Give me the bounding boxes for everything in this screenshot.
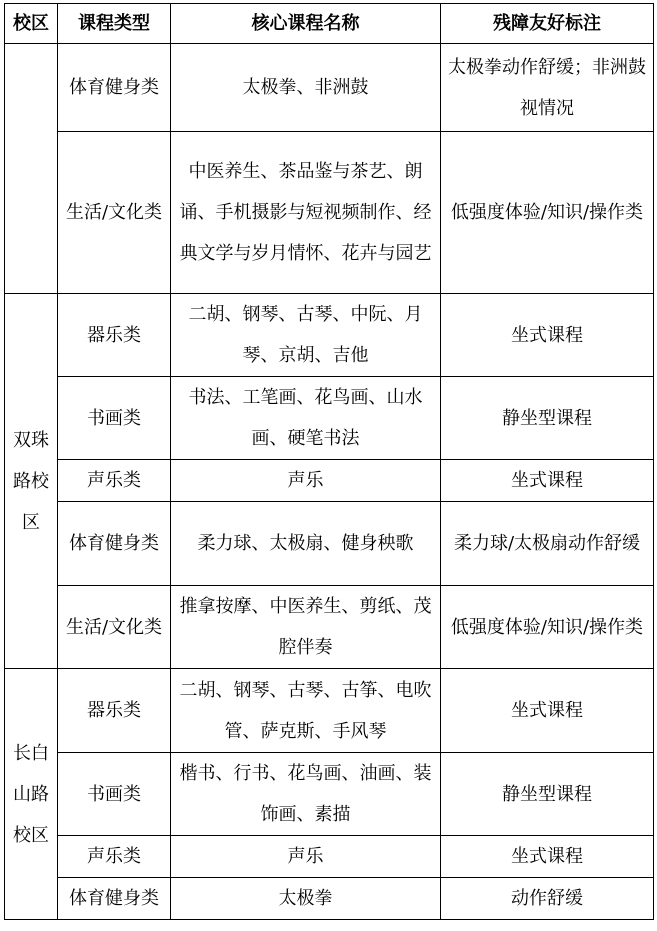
course-names-cell: 柔力球、太极扇、健身秧歌	[171, 502, 441, 586]
accessibility-note-cell: 坐式课程	[441, 836, 654, 878]
course-type-cell: 生活/文化类	[58, 132, 171, 294]
campus-cell	[5, 44, 58, 294]
accessibility-note-cell: 太极拳动作舒缓；非洲鼓视情况	[441, 44, 654, 132]
accessibility-note-cell: 柔力球/太极扇动作舒缓	[441, 502, 654, 586]
course-table: 校区 课程类型 核心课程名称 残障友好标注 体育健身类 太极拳、非洲鼓 太极拳动…	[4, 3, 654, 920]
table-row: 声乐类 声乐 坐式课程	[5, 836, 654, 878]
campus-cell: 双珠路校区	[5, 294, 58, 669]
course-names-cell: 推拿按摩、中医养生、剪纸、茂腔伴奏	[171, 586, 441, 669]
course-names-cell: 书法、工笔画、花鸟画、山水画、硬笔书法	[171, 377, 441, 460]
course-names-cell: 太极拳、非洲鼓	[171, 44, 441, 132]
course-type-cell: 书画类	[58, 753, 171, 836]
header-row: 校区 课程类型 核心课程名称 残障友好标注	[5, 4, 654, 44]
course-names-cell: 中医养生、茶品鉴与茶艺、朗诵、手机摄影与短视频制作、经典文学与岁月情怀、花卉与园…	[171, 132, 441, 294]
document-page: 校区 课程类型 核心课程名称 残障友好标注 体育健身类 太极拳、非洲鼓 太极拳动…	[0, 0, 657, 931]
table-row: 书画类 楷书、行书、花鸟画、油画、装饰画、素描 静坐型课程	[5, 753, 654, 836]
accessibility-note-cell: 坐式课程	[441, 669, 654, 753]
table-row: 书画类 书法、工笔画、花鸟画、山水画、硬笔书法 静坐型课程	[5, 377, 654, 460]
table-row: 生活/文化类 中医养生、茶品鉴与茶艺、朗诵、手机摄影与短视频制作、经典文学与岁月…	[5, 132, 654, 294]
table-row: 体育健身类 柔力球、太极扇、健身秧歌 柔力球/太极扇动作舒缓	[5, 502, 654, 586]
course-type-cell: 声乐类	[58, 460, 171, 502]
course-names-cell: 楷书、行书、花鸟画、油画、装饰画、素描	[171, 753, 441, 836]
accessibility-note-cell: 坐式课程	[441, 294, 654, 377]
course-names-cell: 太极拳	[171, 878, 441, 920]
course-type-cell: 体育健身类	[58, 878, 171, 920]
course-type-cell: 体育健身类	[58, 44, 171, 132]
table-row: 体育健身类 太极拳 动作舒缓	[5, 878, 654, 920]
course-type-cell: 体育健身类	[58, 502, 171, 586]
table-row: 体育健身类 太极拳、非洲鼓 太极拳动作舒缓；非洲鼓视情况	[5, 44, 654, 132]
course-type-cell: 器乐类	[58, 669, 171, 753]
campus-cell: 长白山路校区	[5, 669, 58, 920]
accessibility-note-cell: 坐式课程	[441, 460, 654, 502]
course-type-cell: 器乐类	[58, 294, 171, 377]
table-row: 双珠路校区 器乐类 二胡、钢琴、古琴、中阮、月琴、京胡、吉他 坐式课程	[5, 294, 654, 377]
course-type-cell: 书画类	[58, 377, 171, 460]
table-row: 长白山路校区 器乐类 二胡、钢琴、古琴、古筝、电吹管、萨克斯、手风琴 坐式课程	[5, 669, 654, 753]
accessibility-note-cell: 静坐型课程	[441, 753, 654, 836]
course-names-cell: 二胡、钢琴、古琴、中阮、月琴、京胡、吉他	[171, 294, 441, 377]
accessibility-note-cell: 动作舒缓	[441, 878, 654, 920]
courses-header-cell: 核心课程名称	[171, 4, 441, 44]
course-names-cell: 声乐	[171, 460, 441, 502]
table-row: 生活/文化类 推拿按摩、中医养生、剪纸、茂腔伴奏 低强度体验/知识/操作类	[5, 586, 654, 669]
accessibility-note-cell: 静坐型课程	[441, 377, 654, 460]
accessibility-note-cell: 低强度体验/知识/操作类	[441, 586, 654, 669]
course-names-cell: 二胡、钢琴、古琴、古筝、电吹管、萨克斯、手风琴	[171, 669, 441, 753]
course-type-cell: 声乐类	[58, 836, 171, 878]
accessibility-note-cell: 低强度体验/知识/操作类	[441, 132, 654, 294]
note-header-cell: 残障友好标注	[441, 4, 654, 44]
type-header-cell: 课程类型	[58, 4, 171, 44]
course-names-cell: 声乐	[171, 836, 441, 878]
course-type-cell: 生活/文化类	[58, 586, 171, 669]
campus-header-cell: 校区	[5, 4, 58, 44]
table-row: 声乐类 声乐 坐式课程	[5, 460, 654, 502]
